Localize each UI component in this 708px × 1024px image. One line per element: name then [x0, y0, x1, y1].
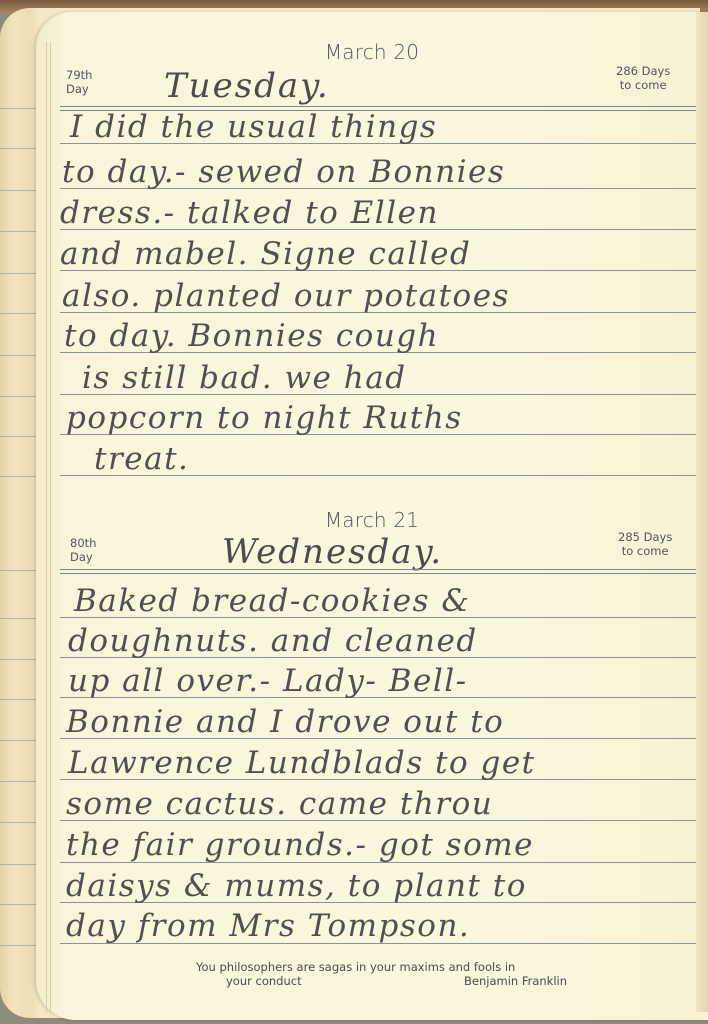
days-remaining-label: to come — [618, 544, 672, 558]
handwritten-line: some cactus. came throu — [66, 787, 706, 821]
handwritten-weekday: Tuesday. — [164, 66, 330, 106]
header-rule — [60, 569, 708, 574]
handwritten-line: to day. Bonnies cough — [64, 319, 704, 353]
handwritten-line: doughnuts. and cleaned — [68, 624, 708, 658]
days-remaining-label: to come — [616, 78, 670, 92]
quote-author: Benjamin Franklin — [464, 974, 567, 989]
days-remaining-count: 285 Days — [618, 530, 672, 544]
handwritten-line: also. planted our potatoes — [62, 279, 702, 313]
handwritten-line: Baked bread-cookies & — [74, 584, 708, 618]
handwritten-line: the fair grounds.- got some — [66, 828, 706, 862]
handwritten-line: popcorn to night Ruths — [66, 401, 706, 435]
day-of-year: 80th Day — [70, 536, 96, 564]
entry-date: March 21 — [36, 508, 708, 532]
day-of-year: 79th Day — [66, 68, 92, 96]
handwritten-weekday: Wednesday. — [222, 532, 443, 572]
day-number: 80th — [70, 536, 96, 550]
day-label: Day — [66, 82, 92, 96]
handwritten-line: daisys & mums, to plant to — [66, 869, 706, 903]
days-remaining: 285 Days to come — [618, 530, 672, 558]
handwritten-line: dress.- talked to Ellen — [60, 196, 700, 230]
handwritten-line: is still bad. we had — [82, 361, 708, 395]
days-remaining: 286 Days to come — [616, 64, 670, 92]
handwritten-line: day from Mrs Tompson. — [66, 909, 706, 943]
underlying-page-rules — [0, 8, 40, 1018]
handwritten-line: treat. — [94, 442, 708, 476]
handwritten-line: Lawrence Lundblads to get — [68, 746, 708, 780]
handwritten-line: I did the usual things — [70, 110, 708, 144]
handwritten-line: Bonnie and I drove out to — [66, 705, 706, 739]
handwritten-line: and mabel. Signe called — [60, 237, 700, 271]
diary-page: March 20 79th Day 286 Days to come Tuesd… — [36, 12, 708, 1020]
page-right-edge — [696, 12, 708, 1012]
entry-date: March 20 — [36, 40, 708, 64]
day-number: 79th — [66, 68, 92, 82]
day-label: Day — [70, 550, 96, 564]
days-remaining-count: 286 Days — [616, 64, 670, 78]
handwritten-line: up all over.- Lady- Bell- — [68, 664, 708, 698]
quote-line-2: your conduct — [226, 974, 302, 989]
handwritten-line: to day.- sewed on Bonnies — [62, 155, 702, 189]
quote-line-1: You philosophers are sagas in your maxim… — [196, 960, 515, 975]
